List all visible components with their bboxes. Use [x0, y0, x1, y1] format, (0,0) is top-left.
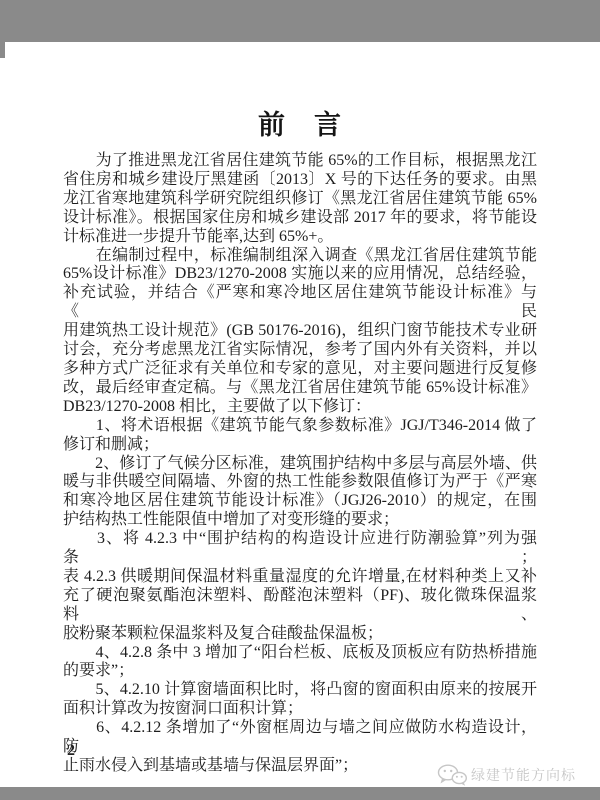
text-line: 暖与非供暖空间隔墙、外窗的热工性能参数限值修订为严于《严寒 — [63, 473, 537, 492]
paragraph: 5、4.2.10 计算窗墙面积比时，将凸窗的窗面积由原来的按展开面积计算改为按窗… — [63, 681, 537, 719]
page-number: 2 — [67, 742, 75, 760]
text-line: 和寒冷地区居住建筑节能设计标准》（JGJ26-2010）的规定，在围 — [63, 492, 537, 511]
text-line: 设计标准》。根据国家住房和城乡建设部 2017 年的要求，将节能设 — [63, 209, 537, 228]
scan-border-left-stub — [0, 42, 5, 58]
text-line: DB23/1270-2008 相比，主要做了以下修订： — [63, 398, 537, 417]
paragraph: 1、将术语根据《建筑节能气象参数标准》JGJ/T346-2014 做了修订和删减… — [63, 417, 537, 455]
text-line: 护结构热工性能限值中增加了对变形缝的要求； — [63, 511, 537, 530]
paragraph: 在编制过程中，标准编制组深入调查《黑龙江省居住建筑节能65%设计标准》DB23/… — [63, 247, 537, 417]
text-line: 表 4.2.3 供暖期间保温材料重量湿度的允许增量,在材料种类上又补 — [63, 568, 537, 587]
paragraph: 为了推进黑龙江省居住建筑节能 65%的工作目标，根据黑龙江省住房和城乡建设厅黑建… — [63, 152, 537, 247]
text-line: 2、修订了气候分区标准，建筑围护结构中多层与高层外墙、供 — [63, 455, 537, 474]
watermark: 绿建节能方向标 — [437, 764, 576, 786]
text-line: 65%设计标准》DB23/1270-2008 实施以来的应用情况，总结经验， — [63, 265, 537, 284]
wechat-icon — [437, 764, 467, 786]
page-title: 前 言 — [0, 103, 600, 142]
text-line: 用建筑热工设计规范》(GB 50176-2016)，组织门窗节能技术专业研 — [63, 322, 537, 341]
paragraph: 2、修订了气候分区标准，建筑围护结构中多层与高层外墙、供暖与非供暖空间隔墙、外窗… — [63, 455, 537, 531]
text-line: 省住房和城乡建设厅黑建函〔2013〕X 号的下达任务的要求。由黑 — [63, 171, 537, 190]
watermark-label: 绿建节能方向标 — [471, 765, 576, 785]
text-line: 在编制过程中，标准编制组深入调查《黑龙江省居住建筑节能 — [63, 247, 537, 266]
paragraph: 4、4.2.8 条中 3 增加了“阳台栏板、底板及顶板应有防热桥措施的要求”； — [63, 644, 537, 682]
text-line: 为了推进黑龙江省居住建筑节能 65%的工作目标，根据黑龙江 — [63, 152, 537, 171]
text-line: 充了硬泡聚氨酯泡沫塑料、酚醛泡沫塑料（PF)、玻化微珠保温浆料、 — [63, 587, 537, 625]
text-line: 面积计算改为按窗洞口面积计算； — [63, 700, 537, 719]
text-line: 讨会，充分考虑黑龙江省实际情况，参考了国内外有关资料，并以 — [63, 341, 537, 360]
text-line: 多种方式广泛征求有关单位和专家的意见，对主要问题进行反复修 — [63, 360, 537, 379]
text-line: 1、将术语根据《建筑节能气象参数标准》JGJ/T346-2014 做了 — [63, 417, 537, 436]
text-line: 修订和删减； — [63, 436, 537, 455]
scan-border-bottom — [0, 787, 600, 800]
text-line: 5、4.2.10 计算窗墙面积比时，将凸窗的窗面积由原来的按展开 — [63, 681, 537, 700]
text-line: 龙江省寒地建筑科学研究院组织修订《黑龙江省居住建筑节能 65% — [63, 190, 537, 209]
text-line: 改，最后经审查定稿。与《黑龙江省居住建筑节能 65%设计标准》 — [63, 379, 537, 398]
preface-body: 为了推进黑龙江省居住建筑节能 65%的工作目标，根据黑龙江省住房和城乡建设厅黑建… — [63, 152, 537, 776]
text-line: 3、将 4.2.3 中“围护结构的构造设计应进行防潮验算”列为强条； — [63, 530, 537, 568]
scanned-document-page: 前 言 为了推进黑龙江省居住建筑节能 65%的工作目标，根据黑龙江省住房和城乡建… — [0, 0, 600, 800]
text-line: 4、4.2.8 条中 3 增加了“阳台栏板、底板及顶板应有防热桥措施 — [63, 644, 537, 663]
text-line: 补充试验，并结合《严寒和寒冷地区居住建筑节能设计标准》与《民 — [63, 284, 537, 322]
scan-border-top — [0, 0, 600, 42]
text-line: 6、4.2.12 条增加了“外窗框周边与墙之间应做防水构造设计，防 — [63, 719, 537, 757]
text-line: 的要求”； — [63, 662, 537, 681]
text-line: 胶粉聚苯颗粒保温浆料及复合硅酸盐保温板； — [63, 625, 537, 644]
text-line: 计标准进一步提升节能率,达到 65%+。 — [63, 228, 537, 247]
paragraph: 3、将 4.2.3 中“围护结构的构造设计应进行防潮验算”列为强条；表 4.2.… — [63, 530, 537, 643]
